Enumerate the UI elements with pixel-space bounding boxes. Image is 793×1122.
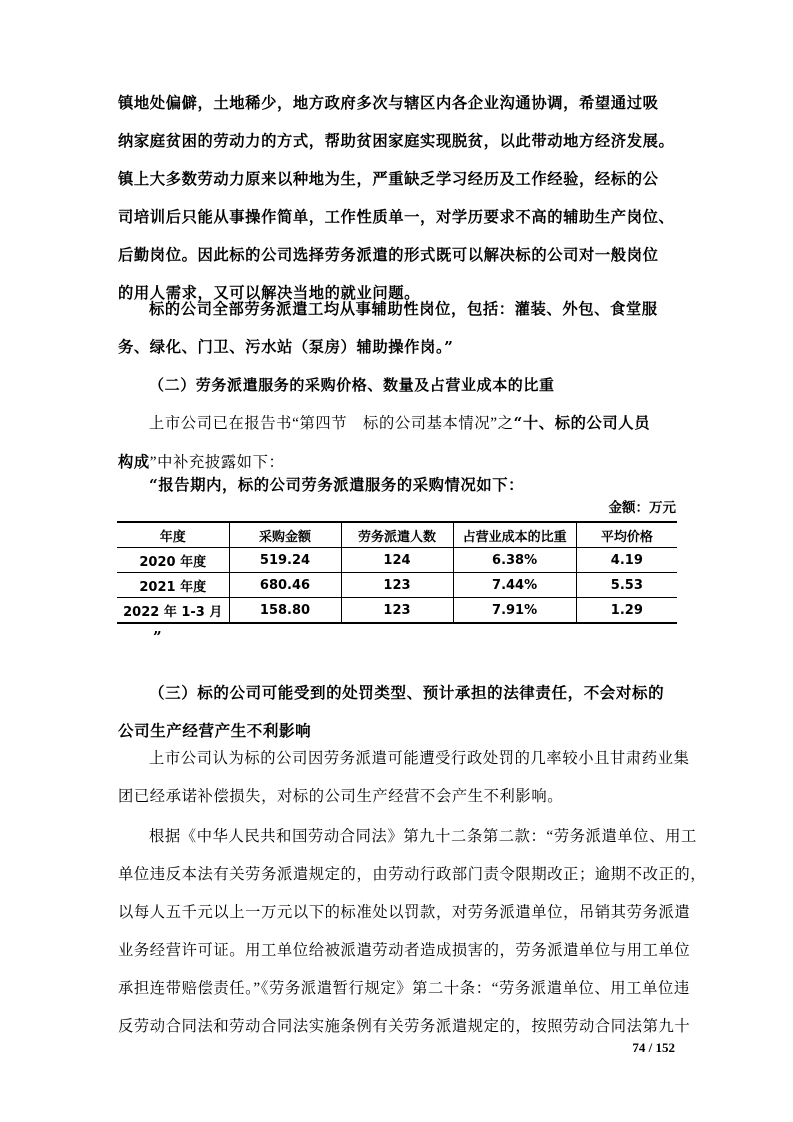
page-number: 74 / 152 [632, 1040, 675, 1056]
text-line: 根据《中华人民共和国劳动合同法》第九十二条第二款：“劳务派遣单位、用工 [118, 818, 678, 856]
document-page: 镇地处偏僻，土地稀少，地方政府多次与辖区内各企业沟通协调，希望通过吸 纳家庭贫困… [0, 0, 793, 1122]
closing-quote: ” [153, 628, 162, 646]
table-cell: 124 [341, 548, 453, 573]
table-cell: 1.29 [576, 598, 677, 624]
text-line: 司培训后只能从事操作简单，工作性质单一，对学历要求不高的辅助生产岗位、 [118, 198, 678, 236]
column-header: 劳务派遣人数 [341, 522, 453, 548]
text-line: 后勤岗位。因此标的公司选择劳务派遣的形式既可以解决标的公司对一般岗位 [118, 236, 678, 274]
text-line: 镇上大多数劳动力原来以种地为生，严重缺乏学习经历及工作经验，经标的公 [118, 160, 678, 198]
text-line: 承担连带赔偿责任。”《劳务派遣暂行规定》第二十条：“劳务派遣单位、用工单位违 [118, 970, 678, 1008]
table-unit-label: 金额：万元 [609, 496, 677, 516]
labor-dispatch-table: 年度 采购金额 劳务派遣人数 占营业成本的比重 平均价格 2020 年度 519… [117, 521, 677, 624]
table-cell: 680.46 [229, 573, 341, 598]
section-heading-3: （三）标的公司可能受到的处罚类型、预计承担的法律责任，不会对标的 公司生产经营产… [118, 674, 678, 750]
table-cell: 2022 年 1-3 月 [117, 598, 229, 624]
text-line: 单位违反本法有关劳务派遣规定的，由劳动行政部门责令限期改正；逾期不改正的， [118, 856, 678, 894]
table-row: 2020 年度 519.24 124 6.38% 4.19 [117, 548, 677, 573]
text-line: 上市公司已在报告书“第四节 标的公司基本情况”之“十、标的公司人员 [118, 404, 678, 443]
column-header: 占营业成本的比重 [453, 522, 576, 548]
paragraph-poverty-labor: 镇地处偏僻，土地稀少，地方政府多次与辖区内各企业沟通协调，希望通过吸 纳家庭贫困… [118, 84, 678, 312]
paragraph-auxiliary-positions: 标的公司全部劳务派遣工均从事辅助性岗位，包括：灌装、外包、食堂服 务、绿化、门卫… [118, 290, 678, 366]
table-cell: 519.24 [229, 548, 341, 573]
text-line: 业务经营许可证。用工单位给被派遣劳动者造成损害的，劳务派遣单位与用工单位 [118, 932, 678, 970]
text-normal: 上市公司已在报告书“第四节 标的公司基本情况”之 [149, 415, 514, 432]
section-heading-2: （二）劳务派遣服务的采购价格、数量及占营业成本的比重 [118, 366, 709, 404]
text-line: 反劳动合同法和劳动合同法实施条例有关劳务派遣规定的，按照劳动合同法第九十 [118, 1008, 678, 1046]
table-header-row: 年度 采购金额 劳务派遣人数 占营业成本的比重 平均价格 [117, 522, 677, 548]
table-cell: 123 [341, 573, 453, 598]
table-cell: 123 [341, 598, 453, 624]
text-line: 镇地处偏僻，土地稀少，地方政府多次与辖区内各企业沟通协调，希望通过吸 [118, 84, 678, 122]
column-header: 采购金额 [229, 522, 341, 548]
text-line: 团已经承诺补偿损失，对标的公司生产经营不会产生不利影响。 [118, 778, 678, 816]
table-cell: 6.38% [453, 548, 576, 573]
table-row: 2022 年 1-3 月 158.80 123 7.91% 1.29 [117, 598, 677, 624]
table-cell: 4.19 [576, 548, 677, 573]
heading-line: （三）标的公司可能受到的处罚类型、预计承担的法律责任，不会对标的 [118, 674, 678, 712]
paragraph-labor-law: 根据《中华人民共和国劳动合同法》第九十二条第二款：“劳务派遣单位、用工 单位违反… [118, 818, 678, 1046]
table-cell: 5.53 [576, 573, 677, 598]
text-line: 标的公司全部劳务派遣工均从事辅助性岗位，包括：灌装、外包、食堂服 [118, 290, 678, 328]
table-cell: 2021 年度 [117, 573, 229, 598]
text-bold: “十、标的公司人员 [514, 414, 651, 432]
table-cell: 7.44% [453, 573, 576, 598]
paragraph-conclusion: 上市公司认为标的公司因劳务派遣可能遭受行政处罚的几率较小且甘肃药业集 团已经承诺… [118, 740, 678, 816]
column-header: 年度 [117, 522, 229, 548]
column-header: 平均价格 [576, 522, 677, 548]
table-cell: 2020 年度 [117, 548, 229, 573]
table-cell: 158.80 [229, 598, 341, 624]
table-cell: 7.91% [453, 598, 576, 624]
text-line: 纳家庭贫困的劳动力的方式，帮助贫困家庭实现脱贫，以此带动地方经济发展。 [118, 122, 678, 160]
text-line: 以每人五千元以上一万元以下的标准处以罚款，对劳务派遣单位，吊销其劳务派遣 [118, 894, 678, 932]
text-line: 上市公司认为标的公司因劳务派遣可能遭受行政处罚的几率较小且甘肃药业集 [118, 740, 678, 778]
text-line: 务、绿化、门卫、污水站（泵房）辅助操作岗。” [118, 328, 678, 366]
table-row: 2021 年度 680.46 123 7.44% 5.53 [117, 573, 677, 598]
